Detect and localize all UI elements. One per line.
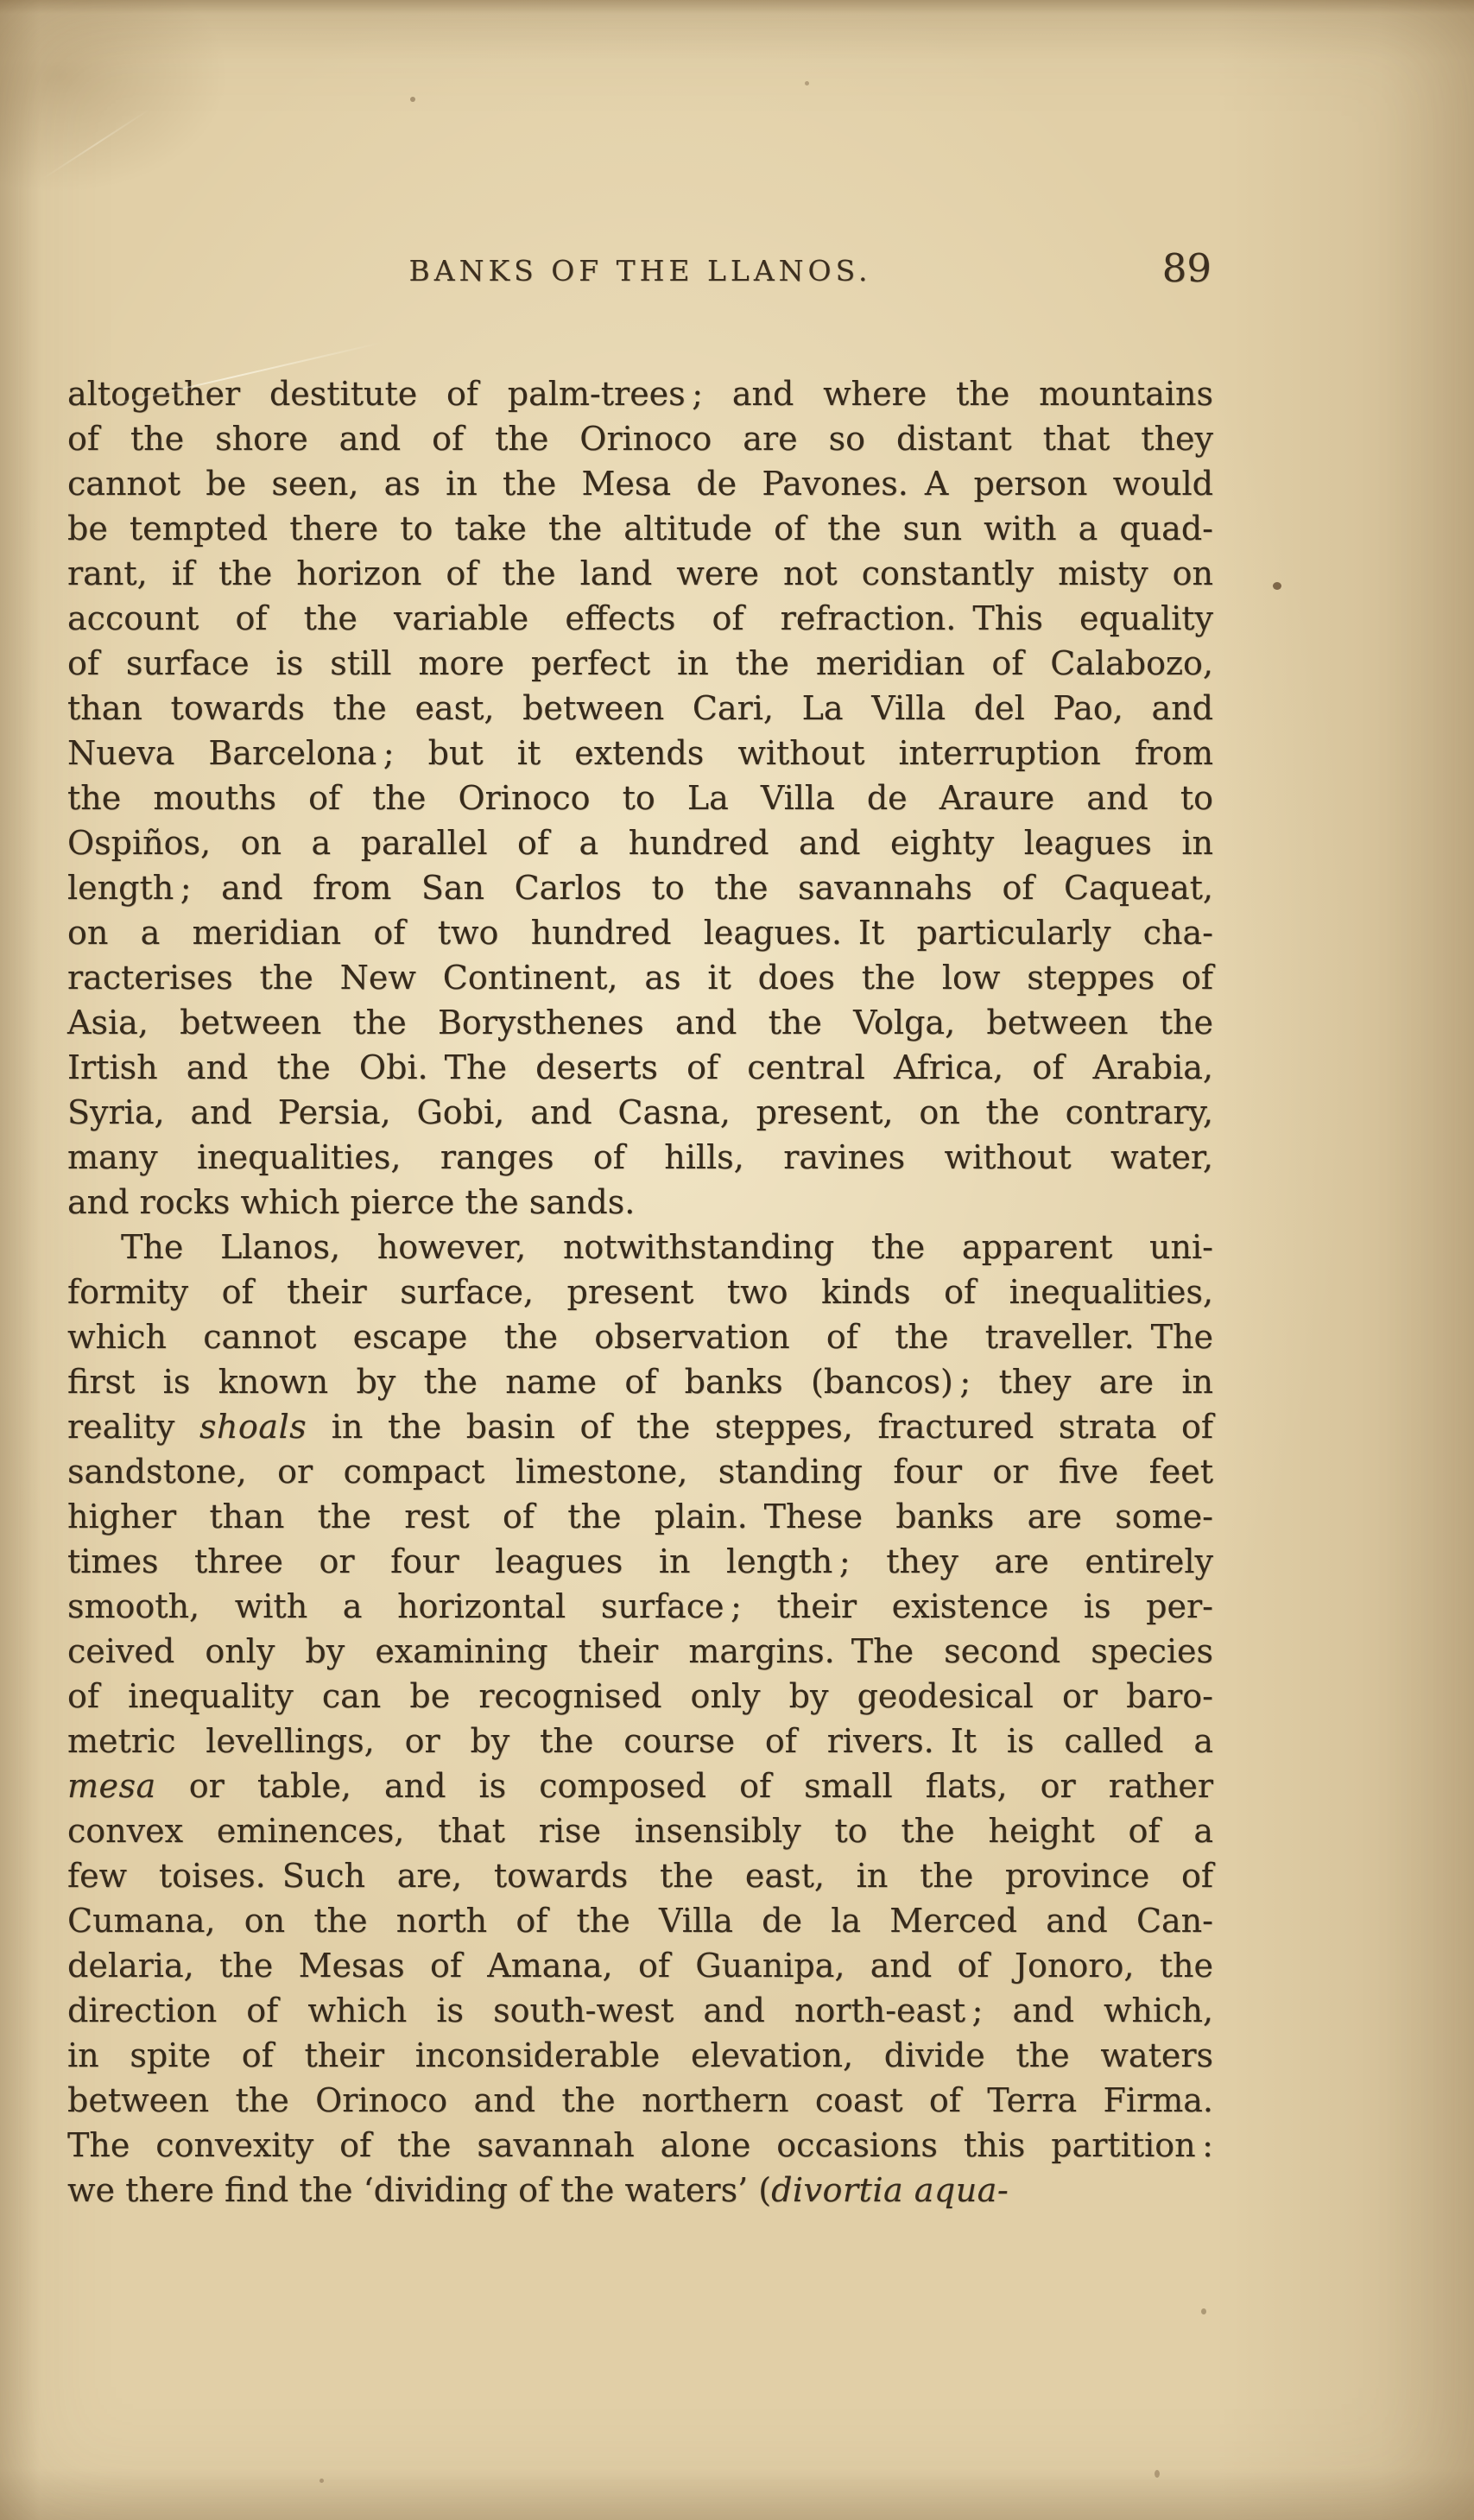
- text-line: in spite of their inconsiderable elevati…: [67, 2033, 1213, 2078]
- text-segment: The convexity of the savannah alone occa…: [67, 2126, 1213, 2164]
- text-segment: formity of their surface, present two ki…: [67, 1273, 1213, 1311]
- text-segment: in the basin of the steppes, fractured s…: [307, 1408, 1213, 1446]
- page-number: 89: [1162, 245, 1211, 291]
- text-segment: higher than the rest of the plain. These…: [67, 1497, 1213, 1535]
- text-segment: the mouths of the Orinoco to La Villa de…: [67, 779, 1213, 817]
- text-segment: length ; and from San Carlos to the sava…: [67, 869, 1213, 907]
- text-line: which cannot escape the observation of t…: [67, 1314, 1213, 1359]
- text-segment: be tempted there to take the altitude of…: [67, 510, 1213, 548]
- text-segment: The Llanos, however, notwithstanding the…: [121, 1228, 1213, 1266]
- text-line: first is known by the name of banks (ban…: [67, 1359, 1213, 1404]
- text-line: few toises. Such are, towards the east, …: [67, 1853, 1213, 1898]
- italic-text: divortia aqua-: [771, 2171, 1009, 2209]
- text-segment: reality: [67, 1408, 199, 1446]
- text-line: than towards the east, between Cari, La …: [67, 686, 1213, 731]
- text-line: on a meridian of two hundred leagues. It…: [67, 910, 1213, 955]
- text-segment: Syria, and Persia, Gobi, and Casna, pres…: [67, 1093, 1213, 1131]
- text-segment: times three or four leagues in length ; …: [67, 1542, 1213, 1580]
- text-segment: smooth, with a horizontal surface ; thei…: [67, 1587, 1213, 1625]
- ink-speck: [410, 97, 415, 102]
- text-line: formity of their surface, present two ki…: [67, 1269, 1213, 1314]
- ink-speck: [805, 81, 809, 85]
- text-line: Ospiños, on a parallel of a hundred and …: [67, 820, 1213, 865]
- text-segment: than towards the east, between Cari, La …: [67, 689, 1213, 727]
- text-line: rant, if the horizon of the land were no…: [67, 551, 1213, 596]
- paper-crease: [41, 108, 151, 180]
- text-segment: many inequalities, ranges of hills, ravi…: [67, 1138, 1213, 1176]
- text-segment: few toises. Such are, towards the east, …: [67, 1857, 1213, 1895]
- text-line: times three or four leagues in length ; …: [67, 1539, 1213, 1584]
- text-segment: Cumana, on the north of the Villa de la …: [67, 1902, 1213, 1940]
- text-segment: sandstone, or compact limestone, standin…: [67, 1453, 1213, 1491]
- text-line: delaria, the Mesas of Amana, of Guanipa,…: [67, 1943, 1213, 1988]
- text-line: be tempted there to take the altitude of…: [67, 506, 1213, 551]
- italic-text: mesa: [67, 1767, 156, 1805]
- text-line: account of the variable effects of refra…: [67, 596, 1213, 641]
- text-segment: on a meridian of two hundred leagues. It…: [67, 914, 1213, 952]
- text-segment: in spite of their inconsiderable elevati…: [67, 2036, 1213, 2074]
- text-line: racterises the New Continent, as it does…: [67, 955, 1213, 1000]
- text-line: mesa or table, and is composed of small …: [67, 1763, 1213, 1808]
- ink-speck: [1273, 582, 1281, 590]
- text-segment: ceived only by examining their margins. …: [67, 1632, 1213, 1670]
- ink-speck: [1155, 2470, 1160, 2478]
- running-head-title: BANKS OF THE LLANOS.: [67, 254, 1213, 288]
- text-line: of the shore and of the Orinoco are so d…: [67, 416, 1213, 461]
- ink-speck: [1201, 2308, 1206, 2314]
- text-line: The convexity of the savannah alone occa…: [67, 2123, 1213, 2168]
- text-line: length ; and from San Carlos to the sava…: [67, 865, 1213, 910]
- text-segment: or table, and is composed of small flats…: [156, 1767, 1213, 1805]
- text-line: The Llanos, however, notwithstanding the…: [67, 1225, 1213, 1269]
- text-segment: delaria, the Mesas of Amana, of Guanipa,…: [67, 1947, 1213, 1985]
- text-segment: racterises the New Continent, as it does…: [67, 959, 1213, 997]
- text-line: convex eminences, that rise insensibly t…: [67, 1808, 1213, 1853]
- text-line: the mouths of the Orinoco to La Villa de…: [67, 776, 1213, 820]
- text-segment: Irtish and the Obi. The deserts of centr…: [67, 1048, 1213, 1086]
- text-line: metric levellings, or by the course of r…: [67, 1719, 1213, 1763]
- text-line: Irtish and the Obi. The deserts of centr…: [67, 1045, 1213, 1090]
- text-segment: account of the variable effects of refra…: [67, 599, 1213, 637]
- text-line: cannot be seen, as in the Mesa de Pavone…: [67, 461, 1213, 506]
- page-header: BANKS OF THE LLANOS. 89: [67, 249, 1213, 297]
- text-line: and rocks which pierce the sands.: [67, 1180, 1213, 1225]
- text-segment: cannot be seen, as in the Mesa de Pavone…: [67, 465, 1213, 503]
- book-page-scan: BANKS OF THE LLANOS. 89 altogether desti…: [0, 0, 1474, 2520]
- text-segment: first is known by the name of banks (ban…: [67, 1363, 1213, 1401]
- text-segment: of the shore and of the Orinoco are so d…: [67, 420, 1213, 458]
- text-line: smooth, with a horizontal surface ; thei…: [67, 1584, 1213, 1629]
- text-segment: Ospiños, on a parallel of a hundred and …: [67, 824, 1213, 862]
- text-line: direction of which is south-west and nor…: [67, 1988, 1213, 2033]
- text-segment: rant, if the horizon of the land were no…: [67, 554, 1213, 592]
- body-text: altogether destitute of palm-trees ; and…: [67, 371, 1213, 2213]
- text-segment: and rocks which pierce the sands.: [67, 1183, 635, 1221]
- text-line: we there find the ‘dividing of the water…: [67, 2168, 1213, 2213]
- text-line: Cumana, on the north of the Villa de la …: [67, 1898, 1213, 1943]
- text-segment: which cannot escape the observation of t…: [67, 1318, 1213, 1356]
- text-segment: of surface is still more perfect in the …: [67, 644, 1213, 682]
- text-segment: altogether destitute of palm-trees ; and…: [67, 375, 1213, 413]
- ink-speck: [319, 2479, 324, 2483]
- text-segment: of inequality can be recognised only by …: [67, 1677, 1213, 1715]
- text-segment: we there find the ‘dividing of the water…: [67, 2171, 771, 2209]
- text-line: ceived only by examining their margins. …: [67, 1629, 1213, 1674]
- text-line: of inequality can be recognised only by …: [67, 1674, 1213, 1719]
- text-segment: convex eminences, that rise insensibly t…: [67, 1812, 1213, 1850]
- text-segment: Asia, between the Borysthenes and the Vo…: [67, 1004, 1213, 1042]
- text-line: higher than the rest of the plain. These…: [67, 1494, 1213, 1539]
- text-segment: direction of which is south-west and nor…: [67, 1991, 1213, 2029]
- text-line: Asia, between the Borysthenes and the Vo…: [67, 1000, 1213, 1045]
- italic-text: shoals: [199, 1408, 307, 1446]
- text-line: altogether destitute of palm-trees ; and…: [67, 371, 1213, 416]
- text-line: between the Orinoco and the northern coa…: [67, 2078, 1213, 2123]
- text-line: sandstone, or compact limestone, standin…: [67, 1449, 1213, 1494]
- text-line: of surface is still more perfect in the …: [67, 641, 1213, 686]
- text-line: Syria, and Persia, Gobi, and Casna, pres…: [67, 1090, 1213, 1135]
- text-line: many inequalities, ranges of hills, ravi…: [67, 1135, 1213, 1180]
- text-segment: between the Orinoco and the northern coa…: [67, 2081, 1213, 2119]
- text-segment: Nueva Barcelona ; but it extends without…: [67, 734, 1213, 772]
- text-line: Nueva Barcelona ; but it extends without…: [67, 731, 1213, 776]
- text-line: reality shoals in the basin of the stepp…: [67, 1404, 1213, 1449]
- text-segment: metric levellings, or by the course of r…: [67, 1722, 1213, 1760]
